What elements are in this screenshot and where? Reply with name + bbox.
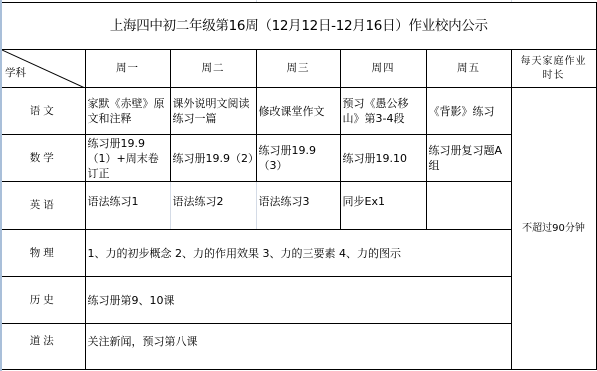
duration-header[interactable]: 每天家庭作业时长 <box>511 50 596 88</box>
cell-chinese-wed[interactable]: 修改课堂作文 <box>256 88 340 135</box>
cell-chinese-thu[interactable]: 预习《愚公移山》第3-4段 <box>340 88 426 135</box>
duration-value-cell[interactable]: 不超过90分钟 <box>511 88 596 370</box>
table-row-history: 历史 练习册第9、10课 <box>2 277 596 324</box>
cell-history-week[interactable]: 练习册第9、10课 <box>85 277 511 324</box>
cell-math-fri[interactable]: 练习册复习题A组 <box>426 135 511 182</box>
cell-chinese-mon[interactable]: 家默《赤壁》原文和注释 <box>85 88 170 135</box>
table-row-english: 英语 语法练习1 语法练习2 语法练习3 同步Ex1 <box>2 182 596 230</box>
cell-morality-law-week[interactable]: 关注新闻，预习第八课 <box>85 324 511 370</box>
subject-header-label: 学科 <box>5 66 26 81</box>
cell-english-wed[interactable]: 语法练习3 <box>256 182 340 230</box>
day-header-tue[interactable]: 周二 <box>170 50 256 88</box>
subject-header-cell[interactable]: 学科 <box>2 50 85 88</box>
table-row-morality-law: 道法 关注新闻，预习第八课 <box>2 324 596 370</box>
subject-cell-history[interactable]: 历史 <box>2 277 85 324</box>
day-header-thu[interactable]: 周四 <box>340 50 426 88</box>
cell-math-tue[interactable]: 练习册19.9（2） <box>170 135 256 182</box>
subject-cell-chinese[interactable]: 语文 <box>2 88 85 135</box>
day-header-mon[interactable]: 周一 <box>85 50 170 88</box>
table-row-math: 数学 练习册19.9（1）+周末卷订正 练习册19.9（2） 练习册19.9（3… <box>2 135 596 182</box>
subject-cell-morality-law[interactable]: 道法 <box>2 324 85 370</box>
cell-math-mon[interactable]: 练习册19.9（1）+周末卷订正 <box>85 135 170 182</box>
cell-physics-week[interactable]: 1、力的初步概念 2、力的作用效果 3、力的三要素 4、力的图示 <box>85 230 511 277</box>
cell-english-thu[interactable]: 同步Ex1 <box>340 182 426 230</box>
cell-chinese-tue[interactable]: 课外说明文阅读练习一篇 <box>170 88 256 135</box>
table-row-physics: 物理 1、力的初步概念 2、力的作用效果 3、力的三要素 4、力的图示 <box>2 230 596 277</box>
subject-cell-math[interactable]: 数学 <box>2 135 85 182</box>
subject-cell-english[interactable]: 英语 <box>2 182 85 230</box>
cell-math-wed[interactable]: 练习册19.9（3） <box>256 135 340 182</box>
day-header-fri[interactable]: 周五 <box>426 50 511 88</box>
subject-cell-physics[interactable]: 物理 <box>2 230 85 277</box>
homework-table: 上海四中初二年级第16周（12月12日-12月16日）作业校内公示 学科 周一 … <box>2 2 597 370</box>
cell-english-mon[interactable]: 语法练习1 <box>85 182 170 230</box>
table-row-chinese: 语文 家默《赤壁》原文和注释 课外说明文阅读练习一篇 修改课堂作文 预习《愚公移… <box>2 88 596 135</box>
header-row: 学科 周一 周二 周三 周四 周五 每天家庭作业时长 <box>2 50 596 88</box>
cell-english-tue[interactable]: 语法练习2 <box>170 182 256 230</box>
cell-english-fri[interactable] <box>426 182 511 230</box>
title-row: 上海四中初二年级第16周（12月12日-12月16日）作业校内公示 <box>2 3 596 50</box>
cell-math-thu[interactable]: 练习册19.10 <box>340 135 426 182</box>
day-header-wed[interactable]: 周三 <box>256 50 340 88</box>
page-title[interactable]: 上海四中初二年级第16周（12月12日-12月16日）作业校内公示 <box>2 3 596 50</box>
homework-spreadsheet: 上海四中初二年级第16周（12月12日-12月16日）作业校内公示 学科 周一 … <box>2 2 597 370</box>
cell-chinese-fri[interactable]: 《背影》练习 <box>426 88 511 135</box>
